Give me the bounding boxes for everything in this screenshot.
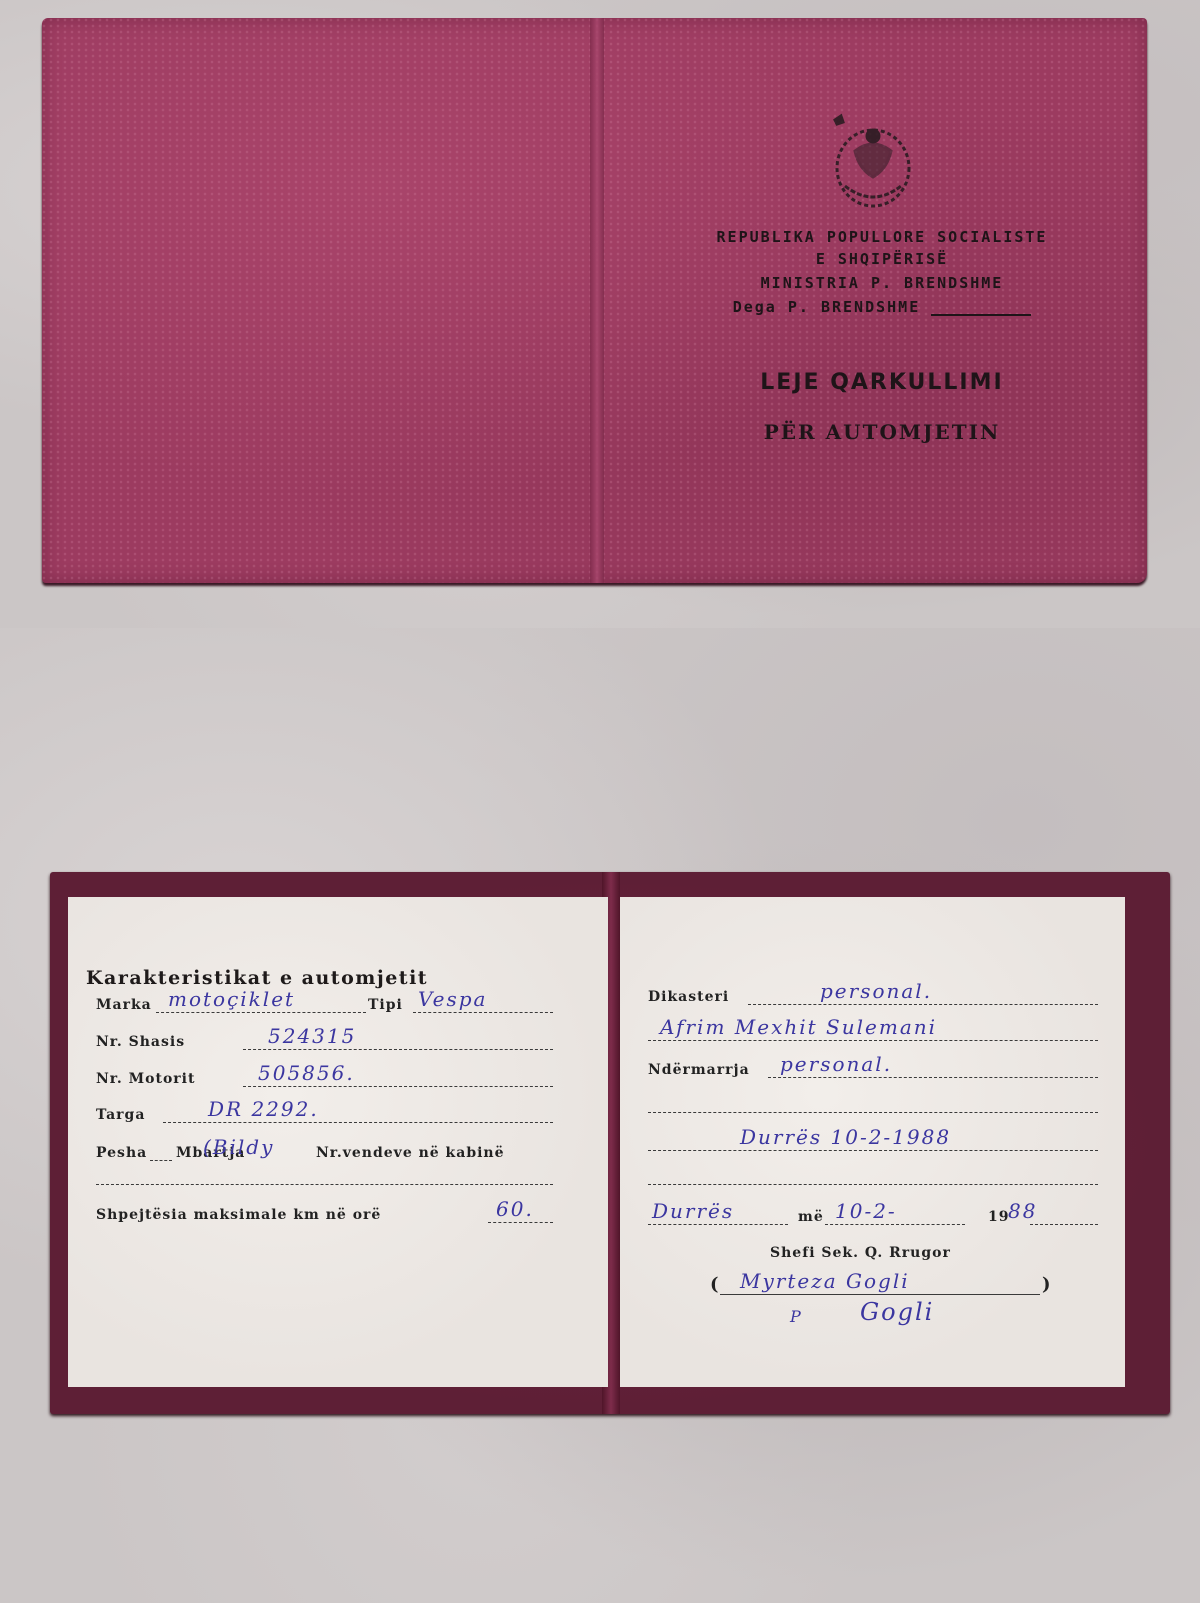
blank-line <box>648 1184 1098 1185</box>
nr-motorit-label: Nr. Motorit <box>96 1071 195 1087</box>
signature: Gogli <box>860 1298 934 1326</box>
tipi-line <box>413 1012 553 1013</box>
field-nr-motorit: Nr. Motorit 505856. <box>68 1061 608 1091</box>
inside-photo: Karakteristikat e automjetit Marka motoç… <box>0 628 1200 1603</box>
field-targa: Targa DR 2292. <box>68 1097 608 1127</box>
signatory-name[interactable]: Myrteza Gogli <box>740 1269 910 1293</box>
issued-row: Durrës më 10-2- 19 88 <box>620 1199 1125 1229</box>
signatory-title: Shefi Sek. Q. Rrugor <box>770 1245 951 1261</box>
marka-label: Marka <box>96 997 152 1013</box>
republic-header: REPUBLIKA POPULLORE SOCIALISTE <box>622 228 1142 246</box>
issued-date-line <box>825 1224 965 1225</box>
owner-name-value[interactable]: Afrim Mexhit Sulemani <box>660 1015 937 1039</box>
tipi-label: Tipi <box>368 997 403 1013</box>
booklet-cover: REPUBLIKA POPULLORE SOCIALISTE E SHQIPËR… <box>42 18 1147 583</box>
signature-row: P Gogli <box>620 1302 1125 1332</box>
left-page: Karakteristikat e automjetit Marka motoç… <box>68 897 608 1387</box>
open-paren: ( <box>710 1274 720 1295</box>
signatory-name-row: ( Myrteza Gogli ) <box>620 1269 1125 1299</box>
state-emblem-icon <box>815 106 925 216</box>
right-page: Dikasteri personal. Afrim Mexhit Suleman… <box>620 897 1125 1387</box>
issued-date[interactable]: 10-2- <box>835 1199 897 1223</box>
marka-line <box>156 1012 366 1013</box>
cover-spine <box>590 18 604 583</box>
year-prefix: 19 <box>988 1209 1009 1225</box>
nr-shasis-value[interactable]: 524315 <box>268 1024 356 1048</box>
booklet-inside: Karakteristikat e automjetit Marka motoç… <box>50 872 1170 1414</box>
branch-header: Dega P. BRENDSHME <box>622 298 1142 316</box>
field-place-date: Durrës 10-2-1988 <box>620 1125 1125 1155</box>
field-owner-name: Afrim Mexhit Sulemani <box>620 1015 1125 1045</box>
blank-line-row-2 <box>620 1159 1125 1189</box>
owner-line <box>648 1040 1098 1041</box>
targa-label: Targa <box>96 1107 145 1123</box>
ministry-header: MINISTRIA P. BRENDSHME <box>622 274 1142 292</box>
place-date-value[interactable]: Durrës 10-2-1988 <box>740 1125 951 1149</box>
dikasteri-value[interactable]: personal. <box>820 979 932 1003</box>
targa-line <box>163 1122 553 1123</box>
shpejtesia-label: Shpejtësia maksimale km në orë <box>96 1207 381 1223</box>
place-date-line <box>648 1150 1098 1151</box>
ndermarrja-line <box>768 1077 1098 1078</box>
document-title: LEJE QARKULLIMI <box>622 370 1142 395</box>
close-paren: ) <box>1042 1274 1052 1295</box>
ndermarrja-value[interactable]: personal. <box>780 1052 892 1076</box>
blank-line-row-1 <box>620 1087 1125 1117</box>
initial-mark: P <box>790 1307 803 1326</box>
targa-value[interactable]: DR 2292. <box>208 1097 319 1121</box>
ndermarrja-label: Ndërmarrja <box>648 1062 750 1078</box>
year-line <box>1030 1224 1098 1225</box>
mbartja-value[interactable]: (Bildy <box>203 1135 274 1159</box>
issued-place-line <box>648 1224 788 1225</box>
branch-label: Dega P. BRENDSHME <box>733 298 921 316</box>
shpejtesia-line <box>488 1222 553 1223</box>
field-dikasteri: Dikasteri personal. <box>620 979 1125 1009</box>
field-ndermarrja: Ndërmarrja personal. <box>620 1052 1125 1082</box>
field-shpejtesia: Shpejtësia maksimale km në orë 60. <box>68 1197 608 1227</box>
field-nr-shasis: Nr. Shasis 524315 <box>68 1024 608 1054</box>
nr-motorit-line <box>243 1086 553 1087</box>
nr-motorit-value[interactable]: 505856. <box>258 1061 355 1085</box>
field-marka-tipi: Marka motoçiklet Tipi Vespa <box>68 987 608 1017</box>
country-header: E SHQIPËRISË <box>622 250 1142 268</box>
nr-shasis-line <box>243 1049 553 1050</box>
tipi-value[interactable]: Vespa <box>418 987 487 1011</box>
blank-line <box>648 1112 1098 1113</box>
year-suffix[interactable]: 88 <box>1008 1199 1037 1223</box>
document-subtitle: PËR AUTOMJETIN <box>622 420 1142 444</box>
nr-shasis-label: Nr. Shasis <box>96 1034 185 1050</box>
dikasteri-label: Dikasteri <box>648 989 729 1005</box>
me-label: më <box>798 1209 824 1225</box>
issued-place[interactable]: Durrës <box>652 1199 734 1223</box>
marka-value[interactable]: motoçiklet <box>168 987 295 1011</box>
dikasteri-line <box>748 1004 1098 1005</box>
blank-line <box>96 1184 553 1185</box>
branch-underline <box>931 314 1031 316</box>
blank-line-row <box>68 1159 608 1189</box>
signatory-line <box>720 1294 1040 1295</box>
shpejtesia-value[interactable]: 60. <box>496 1197 534 1221</box>
section-title: Karakteristikat e automjetit <box>86 967 428 989</box>
cover-photo: REPUBLIKA POPULLORE SOCIALISTE E SHQIPËR… <box>0 0 1200 628</box>
